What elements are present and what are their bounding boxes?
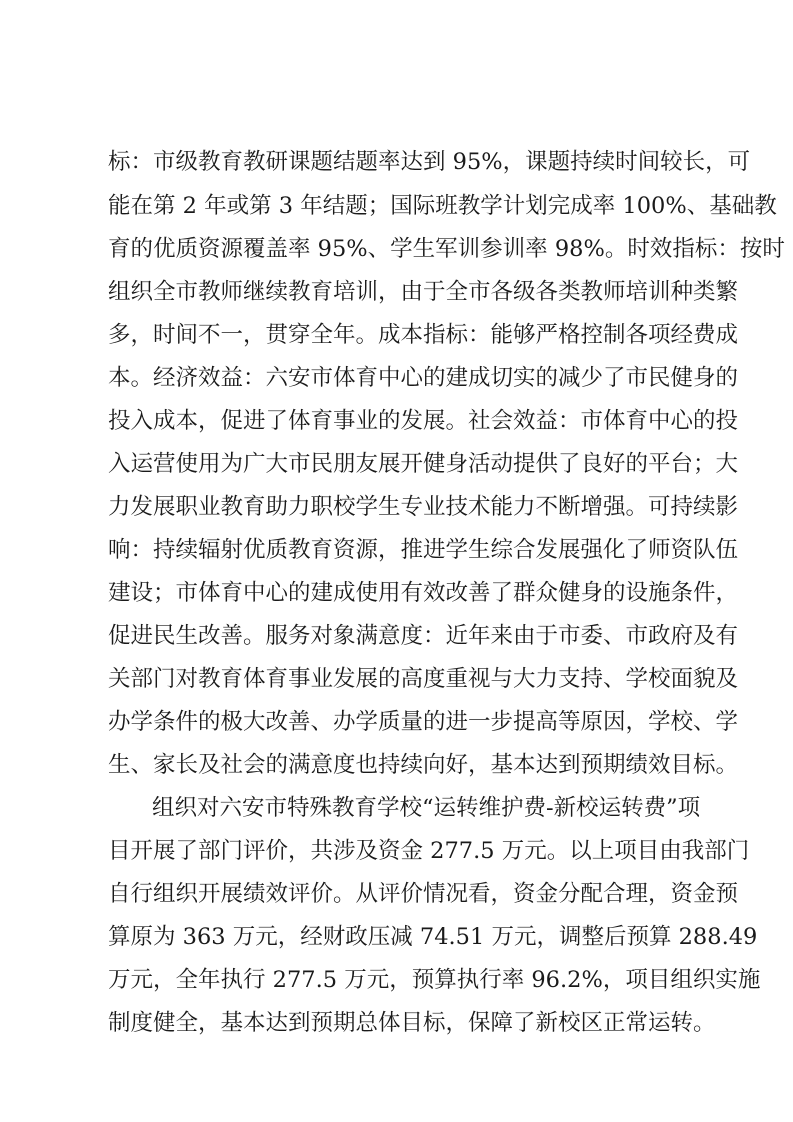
text-line: 组织对六安市特殊教育学校“运转维护费-新校运转费”项 (152, 794, 686, 822)
document-page: 标：市级教育教研课题结题率达到 95%，课题持续时间较长，可 能在第 2 年或第… (0, 0, 793, 1122)
text-line: 关部门对教育体育事业发展的高度重视与大力支持、学校面貌及 (108, 665, 686, 693)
text-line: 自行组织开展绩效评价。从评价情况看，资金分配合理，资金预 (108, 880, 686, 908)
text-line: 目开展了部门评价，共涉及资金 277.5 万元。以上项目由我部门 (108, 837, 686, 865)
text-line: 促进民生改善。服务对象满意度：近年来由于市委、市政府及有 (108, 622, 686, 650)
text-line: 入运营使用为广大市民朋友展开健身活动提供了良好的平台；大 (108, 450, 686, 478)
text-line: 生、家长及社会的满意度也持续向好，基本达到预期绩效目标。 (108, 751, 686, 779)
text-line: 办学条件的极大改善、办学质量的进一步提高等原因，学校、学 (108, 708, 686, 736)
text-line: 算原为 363 万元，经财政压减 74.51 万元，调整后预算 288.49 (108, 923, 686, 951)
text-line: 建设；市体育中心的建成使用有效改善了群众健身的设施条件， (108, 579, 686, 607)
text-line: 制度健全，基本达到预期总体目标，保障了新校区正常运转。 (108, 1009, 686, 1037)
text-line: 育的优质资源覆盖率 95%、学生军训参训率 98%。时效指标：按时 (108, 235, 686, 263)
text-line: 本。经济效益：六安市体育中心的建成切实的减少了市民健身的 (108, 364, 686, 392)
text-line: 响：持续辐射优质教育资源，推进学生综合发展强化了师资队伍 (108, 536, 686, 564)
text-line: 力发展职业教育助力职校学生专业技术能力不断增强。可持续影 (108, 493, 686, 521)
text-line: 组织全市教师继续教育培训，由于全市各级各类教师培训种类繁 (108, 278, 686, 306)
text-line: 能在第 2 年或第 3 年结题；国际班教学计划完成率 100%、基础教 (108, 192, 686, 220)
text-line: 万元，全年执行 277.5 万元，预算执行率 96.2%，项目组织实施 (108, 966, 686, 994)
text-line: 多，时间不一，贯穿全年。成本指标：能够严格控制各项经费成 (108, 321, 686, 349)
text-line: 投入成本，促进了体育事业的发展。社会效益：市体育中心的投 (108, 407, 686, 435)
text-line: 标：市级教育教研课题结题率达到 95%，课题持续时间较长，可 (108, 148, 686, 176)
